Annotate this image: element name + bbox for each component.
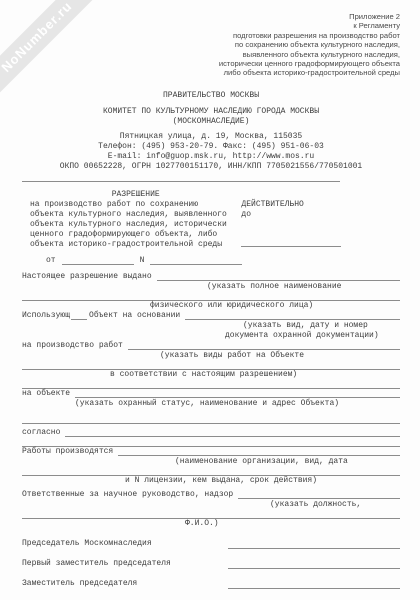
chairman-signature-blank [228, 540, 400, 549]
date-blank [62, 256, 134, 265]
appendix-block: Приложение 2 к Регламенту подготовки раз… [144, 12, 400, 78]
responsible-label: Ответственные за научное руководство, на… [22, 490, 233, 500]
appendix-line: по сохранению объекта культурного наслед… [144, 40, 400, 49]
org-email-web: E-mail: info@guop.msk.ru, http://www.mos… [22, 152, 400, 162]
according-blank [65, 436, 400, 437]
committee-line1: КОМИТЕТ ПО КУЛЬТУРНОМУ НАСЛЕДИЮ ГОРОДА М… [22, 107, 400, 117]
header-divider [22, 181, 340, 182]
blank-line [22, 467, 400, 476]
performed-hint1: (наименование организации, вид, дата [175, 457, 400, 467]
valid-until-column: ДЕЙСТВИТЕЛЬНО до [241, 190, 400, 250]
appendix-line: либо объекта историко-градостроительной … [144, 68, 400, 77]
object-hint: (указать охранный статус, наименование и… [75, 399, 400, 409]
first-deputy-signature-blank [228, 560, 400, 569]
basis-blank [185, 319, 400, 320]
valid-until-label: ДЕЙСТВИТЕЛЬНО [241, 200, 400, 210]
government-title: ПРАВИТЕЛЬСТВО МОСКВЫ [22, 91, 400, 101]
permit-subtitle-line: объекта культурного наследия, историческ… [30, 220, 241, 230]
committee-line2: (МОСКОМНАСЛЕДИЕ) [22, 117, 400, 127]
issued-to-blank [157, 280, 400, 281]
field-works: на производство работ [22, 341, 400, 351]
permit-subtitle-line: ценного градоформирующего объекта, либо [30, 230, 241, 240]
field-according: согласно [22, 428, 400, 438]
user-suffix-blank [71, 311, 87, 320]
works-label: на производство работ [22, 341, 123, 351]
first-deputy-label: Первый заместитель председателя [22, 559, 171, 569]
appendix-line: выявленного объекта культурного наследия… [144, 50, 400, 59]
blank-line [22, 361, 400, 370]
valid-until-blank [241, 220, 341, 247]
org-phone-fax: Телефон: (495) 953-20-79. Факс: (495) 95… [22, 142, 400, 152]
permit-title-column: РАЗРЕШЕНИЕ на производство работ по сохр… [30, 190, 241, 250]
appendix-line: к Регламенту [144, 21, 400, 30]
permit-title: РАЗРЕШЕНИЕ [30, 190, 241, 200]
performed-blank [118, 455, 400, 456]
permit-subtitle-line: на производство работ по сохранению [30, 200, 241, 210]
org-registry: ОКПО 00652228, ОГРН 1027700151170, ИНН/К… [22, 162, 400, 172]
document-page: NoNumber.ru Приложение 2 к Регламенту по… [0, 0, 420, 600]
field-issued-to: Настоящее разрешение выдано [22, 272, 400, 282]
responsible-hint2: Ф.И.О.) [185, 519, 400, 529]
performed-hint2: и N лицензии, кем выдана, срок действия) [125, 476, 400, 486]
field-responsible: Ответственные за научное руководство, на… [22, 490, 400, 500]
deputy-signature-blank [228, 580, 400, 589]
responsible-hint1: (указать должность, [270, 500, 400, 510]
works-blank [128, 349, 400, 350]
number-label: N [140, 256, 145, 266]
basis-hint1: (указать вид, дату и номер [243, 321, 400, 331]
permit-subtitle-line: объекта историко-градостроительной среды [30, 240, 241, 250]
signature-row-chairman: Председатель Москомнаследия [22, 539, 400, 549]
works-hint2: в соответствии с настоящим разрешением) [110, 370, 400, 380]
field-object: на объекте [22, 389, 400, 399]
signature-row-first-deputy: Первый заместитель председателя [22, 559, 400, 569]
issued-to-hint1: (указать полное наименование [207, 282, 400, 292]
field-user: Использующ Объект на основании [22, 311, 400, 321]
chairman-label: Председатель Москомнаследия [22, 539, 152, 549]
permit-subtitle-line: объекта культурного наследия, выявленног… [30, 210, 241, 220]
date-number-row: от N [46, 256, 282, 266]
appendix-line: Приложение 2 [144, 12, 400, 21]
blank-line [22, 510, 400, 519]
signature-block: Председатель Москомнаследия Первый замес… [22, 539, 400, 589]
object-blank [75, 397, 400, 398]
responsible-blank [238, 498, 400, 499]
valid-until-to-label: до [241, 210, 400, 220]
field-performed: Работы производятся [22, 447, 400, 457]
watermark-text: NoNumber.ru [0, 0, 73, 73]
deputy-label: Заместитель председателя [22, 579, 137, 589]
blank-line [22, 438, 400, 447]
appendix-line: подготовки разрешения на производство ра… [144, 31, 400, 40]
signature-row-deputy: Заместитель председателя [22, 579, 400, 589]
user-label1: Использующ [22, 311, 70, 321]
user-label2: Объект на основании [89, 311, 180, 321]
issued-to-label: Настоящее разрешение выдано [22, 272, 152, 282]
permit-form: Настоящее разрешение выдано (указать пол… [22, 272, 400, 589]
committee-title: КОМИТЕТ ПО КУЛЬТУРНОМУ НАСЛЕДИЮ ГОРОДА М… [22, 107, 400, 127]
basis-hint2: документа охранной документации) [225, 331, 400, 341]
appendix-line: исторически ценного градоформирующего об… [144, 59, 400, 68]
according-label: согласно [22, 428, 60, 438]
org-address: Пятницкая улица, д. 19, Москва, 115035 [22, 132, 400, 142]
performed-label: Работы производятся [22, 447, 113, 457]
works-hint1: (указать виды работ на Объекте [160, 351, 400, 361]
object-label: на объекте [22, 389, 70, 399]
issued-to-hint2: физического или юридического лица) [150, 301, 400, 311]
org-contacts: Пятницкая улица, д. 19, Москва, 115035 Т… [22, 132, 400, 172]
blank-line [22, 292, 400, 301]
date-label: от [46, 256, 56, 266]
blank-line [22, 415, 400, 424]
permit-title-block: РАЗРЕШЕНИЕ на производство работ по сохр… [22, 190, 400, 250]
blank-line [22, 380, 400, 389]
number-blank [150, 256, 242, 265]
